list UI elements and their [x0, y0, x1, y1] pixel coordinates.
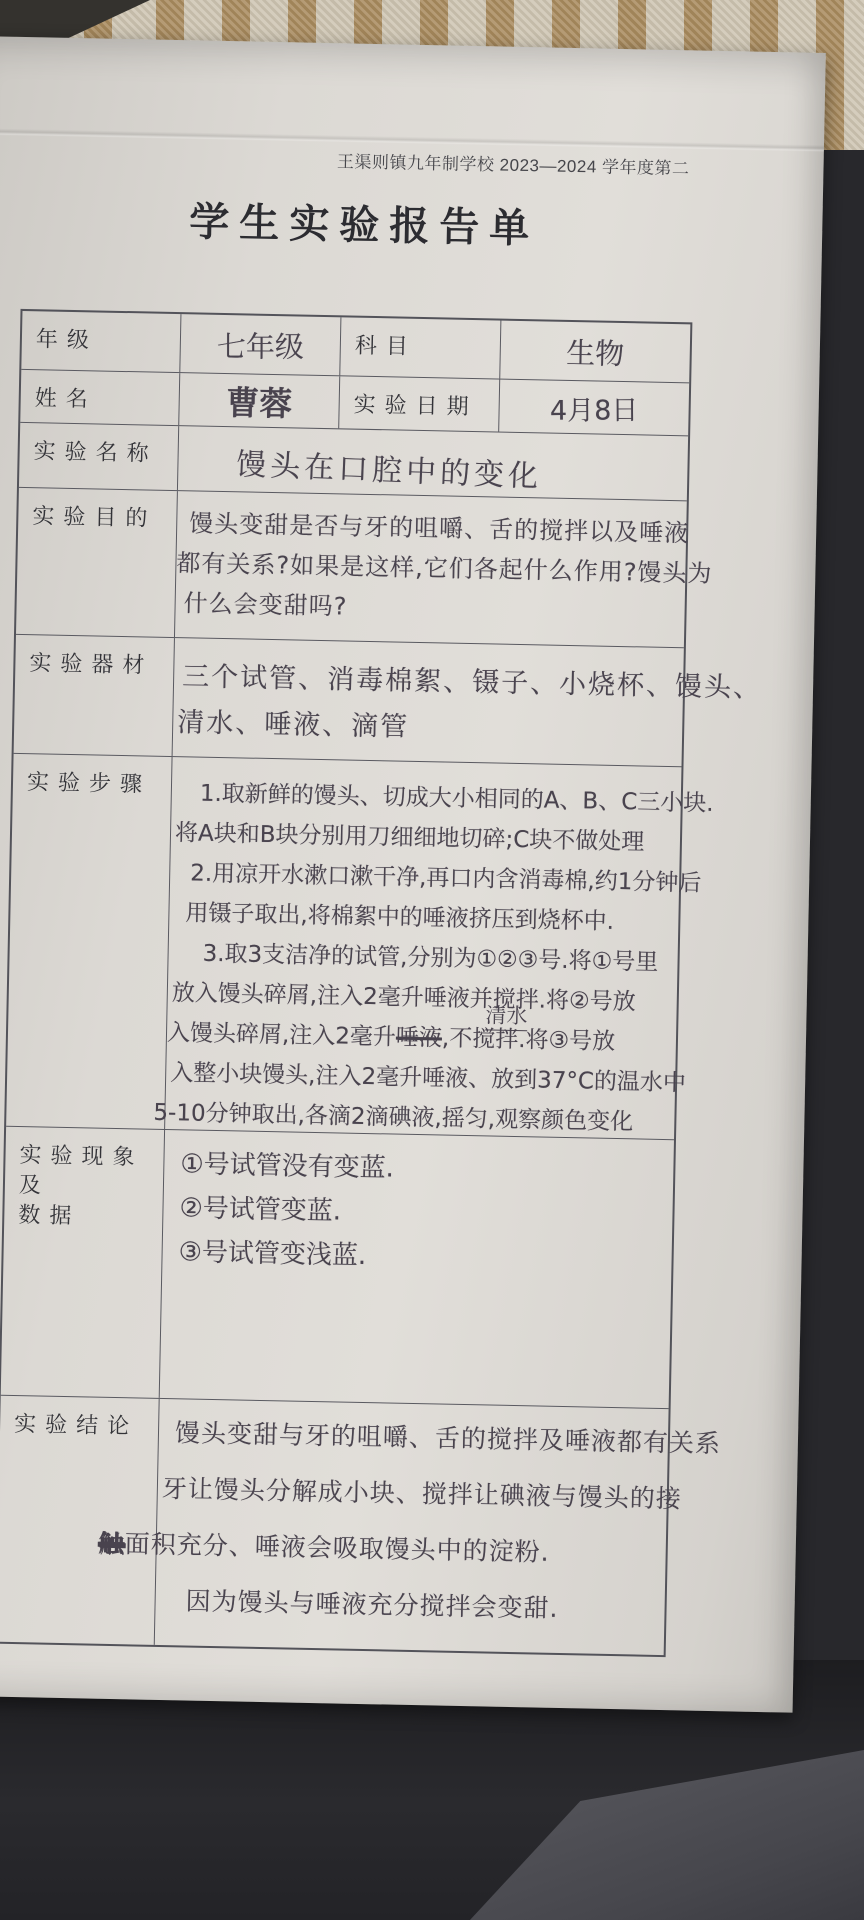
observation-label: 实验现象及 数据 — [1, 1127, 164, 1398]
table-row-steps: 实验步骤 1.取新鲜的馒头、切成大小相同的A、B、C三小块. 将A块和B块分别用… — [6, 753, 681, 1139]
experiment-name-value: 馒头在口腔中的变化 — [177, 426, 688, 500]
conclusion-value: 馒头变甜与牙的咀嚼、舌的搅拌及唾液都有关系 牙让馒头分解成小块、搅拌让碘液与馒头… — [154, 1399, 722, 1656]
table-row-experiment-name: 实验名称 馒头在口腔中的变化 — [19, 422, 688, 500]
purpose-label: 实验目的 — [16, 488, 177, 637]
experiment-name-label: 实验名称 — [19, 423, 178, 490]
grade-value: 七年级 — [179, 314, 340, 375]
conclusion-line: 因为馒头与唾液充分搅拌会变甜. — [185, 1573, 718, 1640]
subject-value: 生物 — [499, 321, 690, 383]
date-label: 实验日期 — [338, 376, 499, 431]
observation-line: ③号试管变浅蓝. — [178, 1230, 672, 1284]
photo-of-student-lab-report: 王渠则镇九年制学校 2023—2024 学年度第二 学生实验报告单 年级 七年级… — [0, 0, 864, 1920]
table-row-conclusion: 实验结论 馒头变甜与牙的咀嚼、舌的搅拌及唾液都有关系 牙让馒头分解成小块、搅拌让… — [0, 1395, 669, 1655]
grade-label: 年级 — [21, 311, 180, 372]
purpose-value: 馒头变甜是否与牙的咀嚼、舌的搅拌以及唾液 都有关系?如果是这样,它们各起什么作用… — [174, 491, 714, 648]
date-value: 4月8日 — [498, 380, 689, 436]
materials-label: 实验器材 — [14, 635, 174, 756]
subject-label: 科目 — [339, 317, 500, 378]
paper-sheet: 王渠则镇九年制学校 2023—2024 学年度第二 学生实验报告单 年级 七年级… — [0, 36, 826, 1713]
steps-value: 1.取新鲜的馒头、切成大小相同的A、B、C三小块. 将A块和B块分别用刀细细地切… — [164, 757, 714, 1140]
name-label: 姓名 — [20, 370, 179, 425]
table-row-observation: 实验现象及 数据 ①号试管没有变蓝. ②号试管变蓝. ③号试管变浅蓝. — [1, 1126, 674, 1408]
page-title: 学生实验报告单 — [124, 189, 605, 256]
struck-word: 唾液 — [396, 1025, 443, 1052]
table-row-purpose: 实验目的 馒头变甜是否与牙的咀嚼、舌的搅拌以及唾液 都有关系?如果是这样,它们各… — [16, 487, 687, 647]
report-table: 年级 七年级 科目 生物 姓名 曹蓉 实验日期 4月8日 实验名称 馒头在口腔中… — [0, 309, 692, 1657]
table-row-materials: 实验器材 三个试管、消毒棉絮、镊子、小烧杯、馒头、 清水、唾液、滴管 — [14, 634, 684, 766]
scribbled-character: 触 — [98, 1529, 125, 1559]
steps-label: 实验步骤 — [6, 754, 171, 1129]
school-header: 王渠则镇九年制学校 2023—2024 学年度第二 — [337, 147, 690, 179]
name-value: 曹蓉 — [178, 373, 339, 428]
materials-value: 三个试管、消毒棉絮、镊子、小烧杯、馒头、 清水、唾液、滴管 — [172, 638, 763, 768]
handwritten-correction: 清水 — [485, 999, 528, 1031]
observation-value: ①号试管没有变蓝. ②号试管变蓝. ③号试管变浅蓝. — [159, 1130, 674, 1408]
